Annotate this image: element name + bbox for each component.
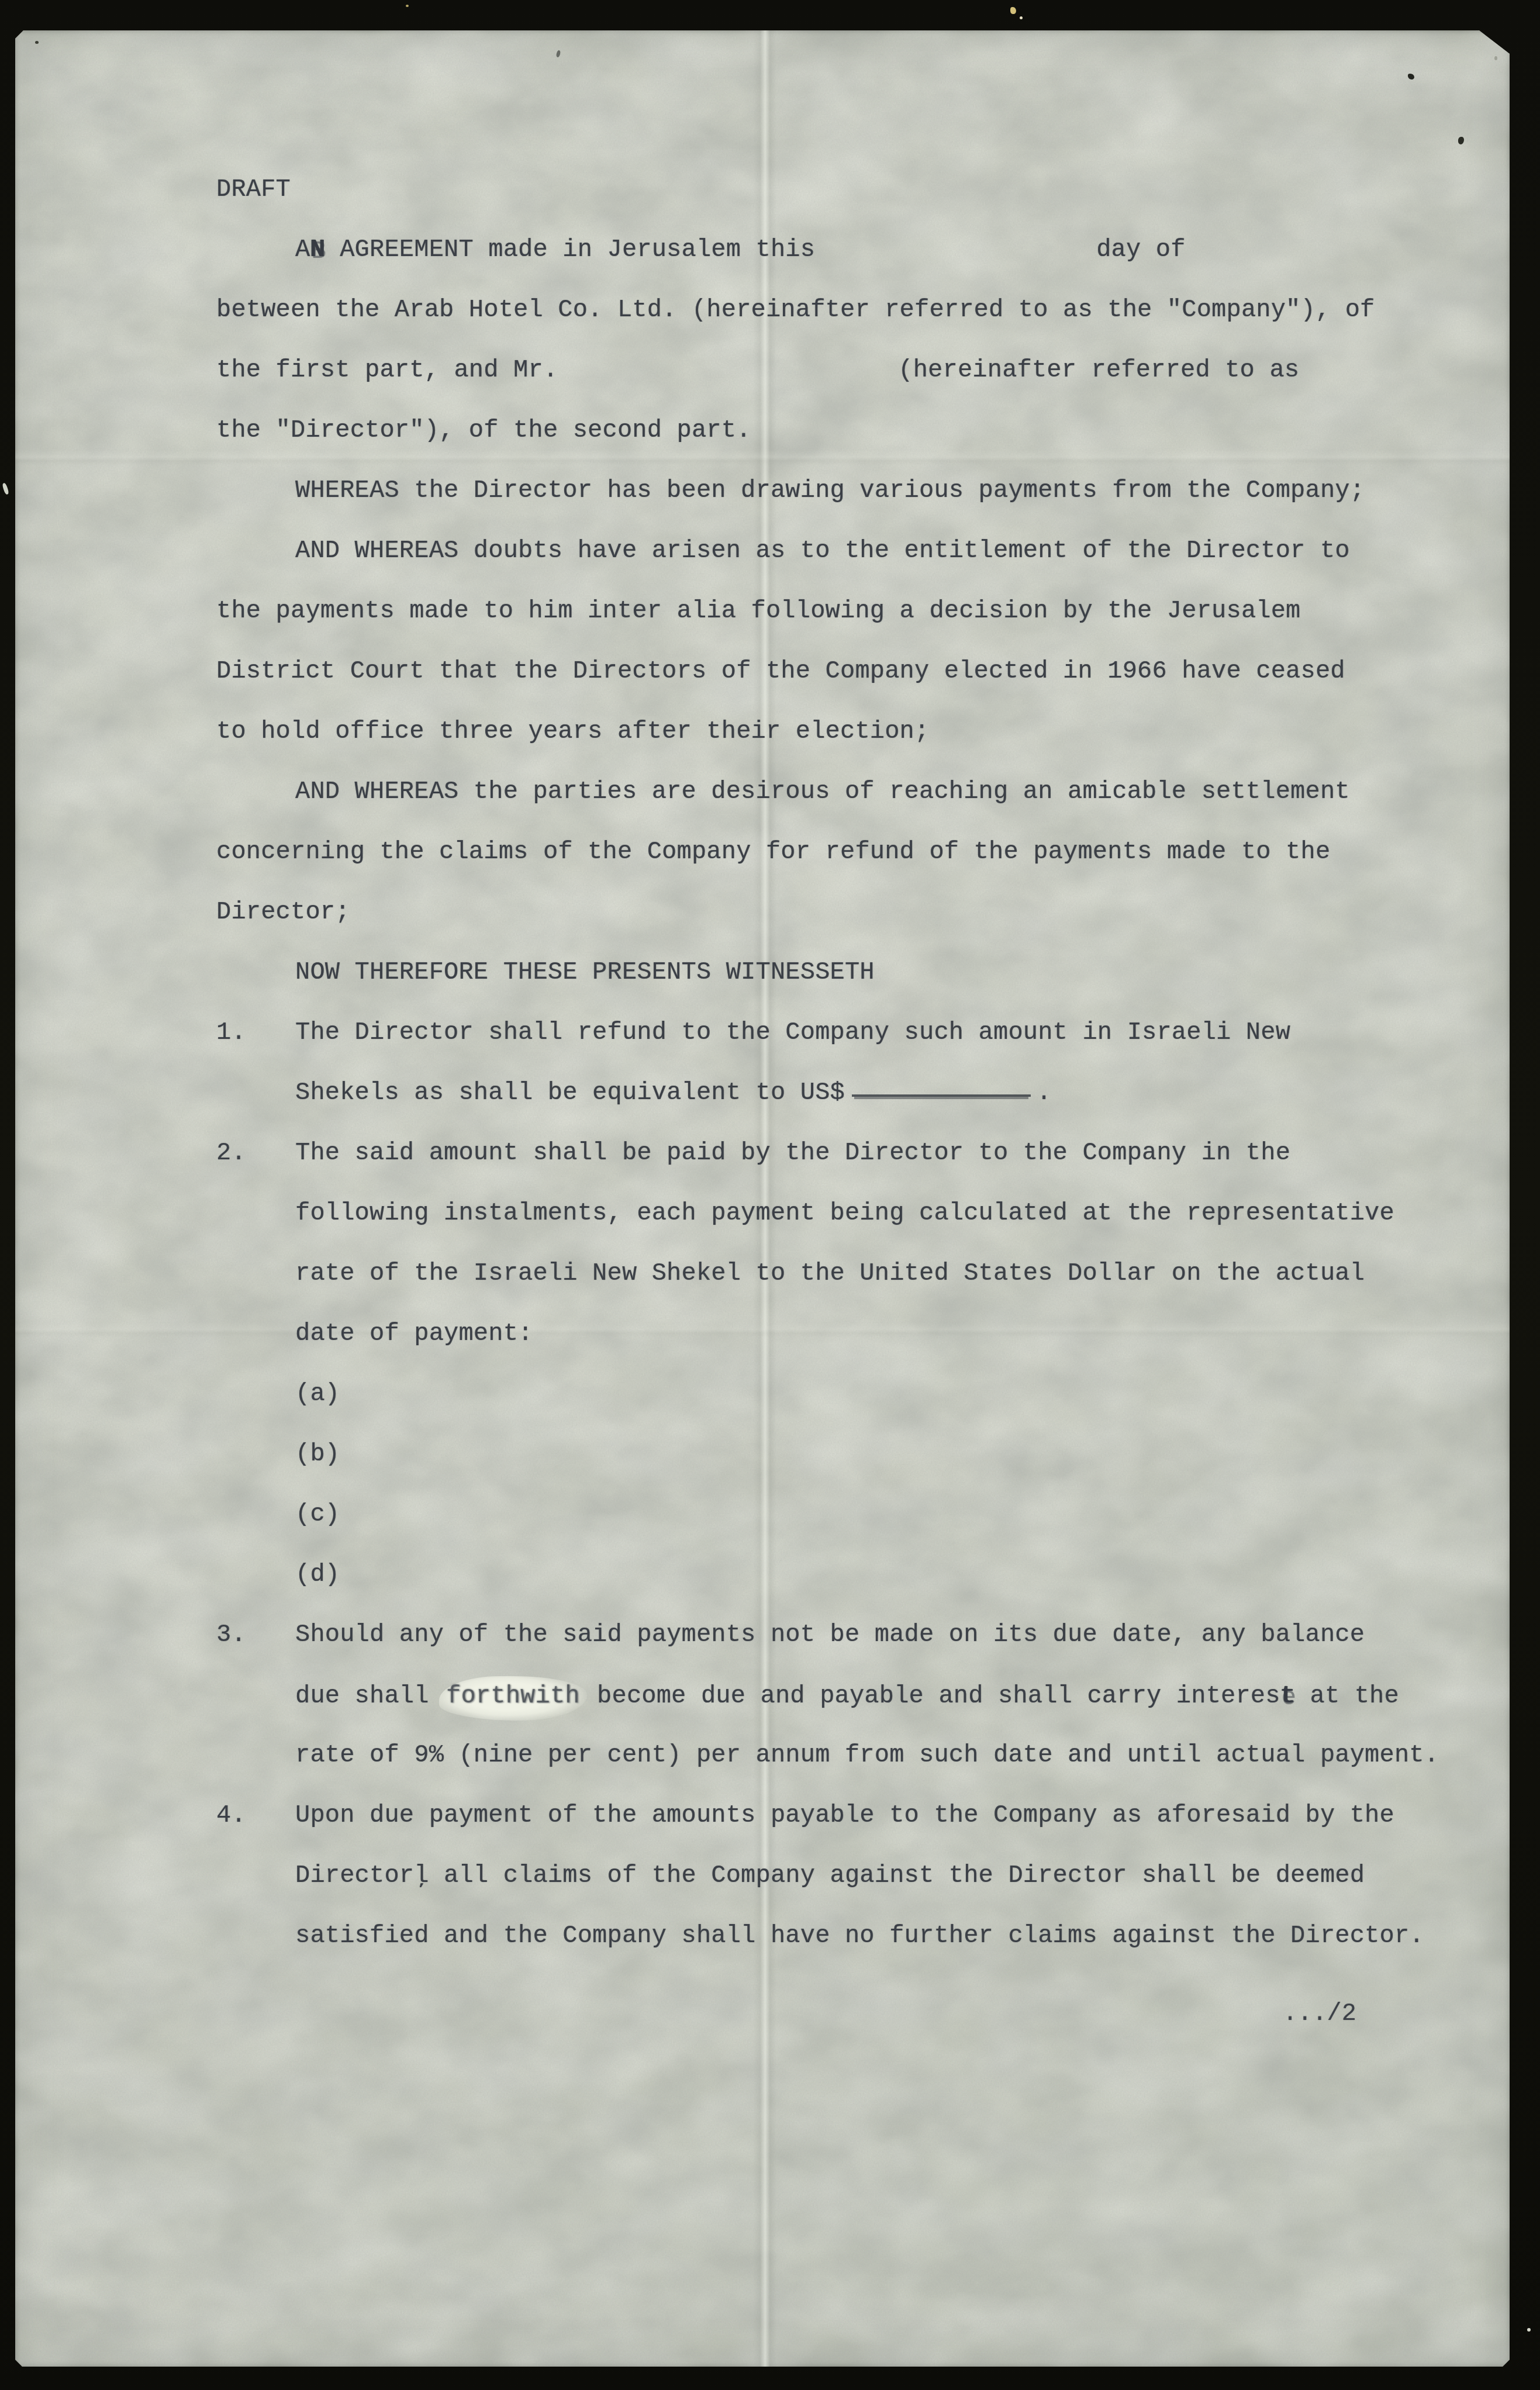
- document-line: to hold office three years after their e…: [216, 713, 1388, 773]
- line-text: .: [1037, 1079, 1051, 1107]
- line-text: (c): [295, 1500, 340, 1528]
- document-line: the "Director"), of the second part.: [216, 412, 1388, 472]
- document-line: between the Arab Hotel Co. Ltd. (hereina…: [216, 291, 1388, 351]
- line-text: at the: [1295, 1682, 1399, 1710]
- document-line: ABN AGREEMENT made in Jerusalem thisday …: [216, 231, 1388, 291]
- clause-3: 3.Should any of the said payments not be…: [216, 1616, 1388, 1676]
- clause-number: 2.: [216, 1134, 295, 1172]
- document-line: concerning the claims of the Company for…: [216, 833, 1388, 893]
- document-body: DRAFT ABN AGREEMENT made in Jerusalem th…: [216, 171, 1388, 1977]
- scan-background: DRAFT ABN AGREEMENT made in Jerusalem th…: [0, 0, 1540, 2390]
- line-text: The Director shall refund to the Company…: [295, 1018, 1290, 1047]
- draft-label: DRAFT: [216, 171, 1388, 231]
- line-text: Directorļ all claims of the Company agai…: [295, 1861, 1365, 1890]
- clause-1: 1.The Director shall refund to the Compa…: [216, 1014, 1388, 1074]
- document-line: Director;: [216, 893, 1388, 954]
- line-text: Should any of the said payments not be m…: [295, 1621, 1365, 1649]
- line-text: concerning the claims of the Company for…: [216, 838, 1330, 866]
- line-text: Director;: [216, 898, 350, 926]
- overstrike-character: BN: [310, 231, 324, 268]
- line-text: satisfied and the Company shall have no …: [295, 1922, 1424, 1950]
- line-text: District Court that the Directors of the…: [216, 657, 1345, 685]
- document-line: WHEREAS the Director has been drawing va…: [216, 472, 1388, 532]
- document-line: date of payment:: [216, 1315, 1388, 1375]
- line-text: the "Director"), of the second part.: [216, 416, 751, 444]
- line-text: (hereinafter referred to as: [898, 356, 1299, 384]
- overstrike-character: et: [1280, 1677, 1295, 1715]
- document-line: following instalments, each payment bein…: [216, 1194, 1388, 1255]
- document-line: satisfied and the Company shall have no …: [216, 1917, 1388, 1977]
- line-text: date of payment:: [295, 1320, 533, 1348]
- document-line: the payments made to him inter alia foll…: [216, 592, 1388, 652]
- line-text: become due and payable and shall carry i…: [582, 1682, 1280, 1710]
- line-text: (b): [295, 1440, 340, 1468]
- line-text: the first part, and Mr.: [216, 356, 558, 384]
- document-line: AND WHEREAS the parties are desirous of …: [216, 773, 1388, 833]
- clause-2: 2.The said amount shall be paid by the D…: [216, 1134, 1388, 1194]
- dust-speck: [1494, 56, 1497, 60]
- dust-speck: [1020, 16, 1023, 19]
- line-text: A: [295, 236, 310, 264]
- line-text: NOW THEREFORE THESE PRESENTS WITNESSETH: [295, 958, 875, 986]
- line-text: WHEREAS the Director has been drawing va…: [295, 476, 1365, 505]
- dust-speck: [1408, 74, 1414, 80]
- document-line: AND WHEREAS doubts have arisen as to the…: [216, 532, 1388, 592]
- dust-speck: [406, 5, 409, 7]
- clause-number: 1.: [216, 1014, 295, 1051]
- list-item-a: (a): [216, 1375, 1388, 1435]
- document-line: due shall forthwith become due and payab…: [216, 1676, 1388, 1736]
- line-text: rate of 9% (nine per cent) per annum fro…: [295, 1741, 1439, 1769]
- fill-in-blank: [852, 1089, 1031, 1097]
- line-text: the payments made to him inter alia foll…: [216, 597, 1301, 625]
- list-item-d: (d): [216, 1556, 1388, 1616]
- document-line: Shekels as shall be equivalent to US$.: [216, 1074, 1388, 1134]
- dust-speck: [1527, 2328, 1531, 2332]
- witnesseth-heading: NOW THEREFORE THESE PRESENTS WITNESSETH: [216, 954, 1388, 1014]
- line-text: Upon due payment of the amounts payable …: [295, 1801, 1394, 1829]
- line-text: rate of the Israeli New Shekel to the Un…: [295, 1259, 1365, 1287]
- overstruck-letter: t: [1280, 1682, 1295, 1710]
- clause-4: 4.Upon due payment of the amounts payabl…: [216, 1797, 1388, 1857]
- line-text: The said amount shall be paid by the Dir…: [295, 1139, 1290, 1167]
- clause-number: 3.: [216, 1616, 295, 1653]
- scratch-mark: [2, 482, 9, 495]
- clause-number: 4.: [216, 1797, 295, 1834]
- line-text: Shekels as shall be equivalent to US$: [295, 1079, 845, 1107]
- line-text: AND WHEREAS the parties are desirous of …: [295, 778, 1350, 806]
- list-item-b: (b): [216, 1435, 1388, 1496]
- line-text: (d): [295, 1560, 340, 1588]
- document-line: Directorļ all claims of the Company agai…: [216, 1857, 1388, 1917]
- page-number: .../2: [1283, 1995, 1356, 2032]
- list-item-c: (c): [216, 1496, 1388, 1556]
- corrected-word: forthwith: [446, 1682, 580, 1710]
- whiteout-correction: forthwith: [439, 1676, 587, 1721]
- line-text: (a): [295, 1380, 340, 1408]
- line-text: AND WHEREAS doubts have arisen as to the…: [295, 537, 1350, 565]
- line-text: to hold office three years after their e…: [216, 717, 929, 745]
- document-line: District Court that the Directors of the…: [216, 652, 1388, 713]
- line-text: between the Arab Hotel Co. Ltd. (hereina…: [216, 296, 1375, 324]
- line-text: following instalments, each payment bein…: [295, 1199, 1394, 1227]
- dust-speck: [1010, 7, 1016, 14]
- line-text: due shall: [295, 1682, 444, 1710]
- document-line: rate of the Israeli New Shekel to the Un…: [216, 1255, 1388, 1315]
- line-text: AGREEMENT made in Jerusalem this: [325, 236, 815, 264]
- line-text: DRAFT: [216, 175, 291, 203]
- line-text: day of: [1096, 236, 1185, 264]
- document-line: rate of 9% (nine per cent) per annum fro…: [216, 1736, 1388, 1797]
- overstruck-letter: N: [310, 236, 324, 264]
- document-line: the first part, and Mr.(hereinafter refe…: [216, 351, 1388, 412]
- dust-speck: [35, 41, 39, 44]
